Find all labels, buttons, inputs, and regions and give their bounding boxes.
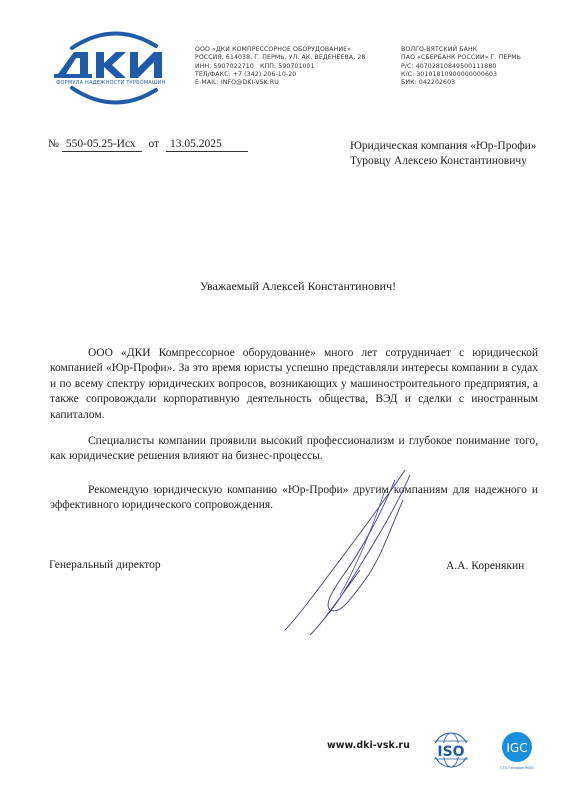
signatory-name: А.А. Коренякин	[446, 560, 524, 572]
reference-number: 550-05.25-Исх	[62, 138, 142, 152]
company-phone: ТЕЛ/ФАКС: +7 (342) 206-10-20	[195, 71, 365, 79]
addressee: Юридическая компания «Юр-Профи» Туровцу …	[350, 139, 537, 169]
handwritten-signature-icon	[285, 470, 435, 660]
logo-tagline: ФОРМУЛА НАДЕЖНОСТИ ТУРБОМАШИН	[56, 80, 165, 86]
company-name: ООО «ДКИ КОМПРЕССОРНОЕ ОБОРУДОВАНИЕ»	[195, 46, 365, 54]
bank-name: ПАО «СБЕРБАНК РОССИИ» Г. ПЕРМЬ	[401, 54, 521, 62]
company-email: E-MAIL: INFO@DKI-VSK.RU	[195, 79, 365, 87]
iso-globe-icon: ISO	[428, 730, 474, 770]
bank-account: Р/С: 40702810849500111880	[401, 63, 521, 71]
addressee-person: Туровцу Алексею Константиновичу	[350, 154, 537, 169]
addressee-company: Юридическая компания «Юр-Профи»	[350, 139, 537, 154]
bank-requisites: ВОЛГО-ВЯТСКИЙ БАНК ПАО «СБЕРБАНК РОССИИ»…	[401, 46, 521, 87]
company-address: РОССИЯ, 614038, Г. ПЕРМЬ, УЛ. АК. ВЕДЕНЕ…	[195, 54, 365, 62]
dki-logo-icon	[44, 22, 184, 112]
igc-badge: IGC СТО Газпром 9001	[497, 731, 537, 781]
bank-corr-account: К/С: 30101810900000000603	[401, 71, 521, 79]
greeting: Уважаемый Алексей Константинович!	[0, 279, 566, 294]
svg-text:ISO: ISO	[437, 744, 464, 760]
paragraph-2: Специалисты компании проявили высокий пр…	[50, 434, 538, 465]
reference-date: 13.05.2025	[166, 138, 248, 152]
company-requisites: ООО «ДКИ КОМПРЕССОРНОЕ ОБОРУДОВАНИЕ» РОС…	[195, 46, 365, 87]
company-inn-kpp: ИНН: 5907022710 КПП: 590701001	[195, 63, 365, 71]
svg-text:СТО Газпром 9001: СТО Газпром 9001	[500, 766, 534, 770]
reference-line: № 550-05.25-Исх от 13.05.2025	[48, 138, 248, 152]
date-label: от	[145, 138, 164, 150]
paragraph-1: ООО «ДКИ Компрессорное оборудование» мно…	[50, 346, 538, 423]
number-label: №	[48, 138, 59, 150]
bank-branch: ВОЛГО-ВЯТСКИЙ БАНК	[401, 46, 521, 54]
iso-badge: ISO	[428, 730, 474, 770]
company-logo: ФОРМУЛА НАДЕЖНОСТИ ТУРБОМАШИН	[44, 22, 184, 112]
signatory-title: Генеральный директор	[49, 559, 161, 571]
svg-text:IGC: IGC	[506, 741, 527, 755]
website-link[interactable]: www.dki-vsk.ru	[327, 740, 410, 751]
igc-circle-icon: IGC СТО Газпром 9001	[497, 731, 537, 781]
bank-bik: БИК: 042202603	[401, 79, 521, 87]
